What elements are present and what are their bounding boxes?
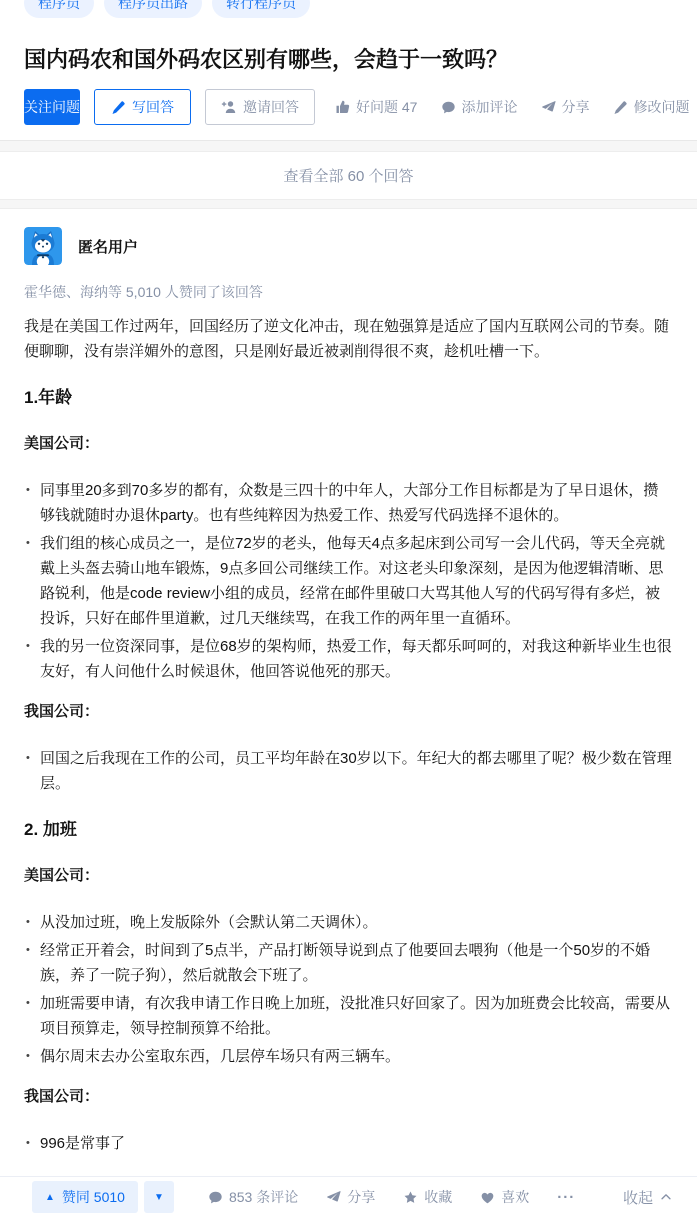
group-label: 我国公司： (24, 699, 673, 724)
answer-bullet: 从没加过班，晚上发版除外（会默认第二天调休）。 (24, 910, 673, 935)
anonymous-avatar[interactable] (24, 227, 62, 265)
favorite-label: 收藏 (424, 1187, 452, 1207)
comment-icon (208, 1190, 223, 1205)
down-triangle-icon: ▼ (154, 1192, 164, 1203)
star-icon (403, 1190, 418, 1205)
group-label: 美国公司： (24, 863, 673, 888)
answer-intro: 我是在美国工作过两年，回国经历了逆文化冲击，现在勉强算是适应了国内互联网公司的节… (24, 314, 673, 364)
follow-question-button[interactable]: 关注问题 (24, 89, 80, 125)
author-name[interactable]: 匿名用户 (78, 236, 138, 257)
invite-answer-button[interactable]: 邀请回答 (205, 89, 315, 125)
send-icon (326, 1190, 341, 1205)
more-button[interactable]: ··· (557, 1189, 575, 1206)
view-all-answers-link[interactable]: 查看全部 60 个回答 (283, 165, 413, 186)
thumbs-up-icon (335, 99, 351, 115)
topic-tag[interactable]: 转行程序员 (212, 0, 310, 18)
bullet-list: 回国之后我现在工作的公司，员工平均年龄在30岁以下。年纪大的都去哪里了呢？极少数… (24, 746, 673, 796)
answer-bullet: 我们组的核心成员之一，是位72岁的老头，他每天4点多起床到公司写一会儿代码，等天… (24, 531, 673, 631)
edit-question-label: 修改问题 (633, 97, 689, 117)
answer-bullet: 经常正开着会，时间到了5点半，产品打断领导说到点了他要回去喂狗（他是一个50岁的… (24, 938, 673, 988)
answer-bullet: 我的另一位资深同事，是位68岁的架构师，热爱工作，每天都乐呵呵的，对我这种新毕业… (24, 634, 673, 684)
share-answer-button[interactable]: 分享 (326, 1187, 375, 1207)
bullet-list: 同事里20多到70多岁的都有，众数是三四十的中年人，大部分工作目标都是为了早日退… (24, 478, 673, 684)
pencil-icon (613, 100, 628, 115)
liu-kanshan-fox-icon (24, 227, 62, 265)
topic-tag[interactable]: 程序员出路 (104, 0, 202, 18)
chevron-up-icon (659, 1190, 673, 1204)
comments-button[interactable]: 853 条评论 (208, 1187, 298, 1207)
comment-icon (441, 100, 456, 115)
add-comment-button[interactable]: 添加评论 (441, 97, 517, 117)
share-question-button[interactable]: 分享 (541, 97, 589, 117)
upvoters-meta[interactable]: 霍华德、海纳等 5,010 人赞同了该回答 (24, 282, 673, 302)
topic-tags: 程序员 程序员出路 转行程序员 (24, 0, 673, 18)
question-title: 国内码农和国外码农区别有哪些，会趋于一致吗？ (24, 44, 673, 75)
edit-question-button[interactable]: 修改问题 (613, 97, 689, 117)
share-answer-label: 分享 (347, 1187, 375, 1207)
like-button[interactable]: 喜欢 (480, 1187, 529, 1207)
question-actions: 关注问题 写回答 邀请回答 好问题 47 (24, 89, 673, 125)
up-triangle-icon: ▲ (45, 1192, 55, 1203)
add-comment-label: 添加评论 (461, 97, 517, 117)
answer-bullet: 偶尔周末去办公室取东西，几层停车场只有两三辆车。 (24, 1044, 673, 1069)
answer-author-row: 匿名用户 (24, 227, 673, 265)
answer-body: 我是在美国工作过两年，回国经历了逆文化冲击，现在勉强算是适应了国内互联网公司的节… (24, 314, 673, 1156)
zhihu-question-page: 程序员 程序员出路 转行程序员 国内码农和国外码农区别有哪些，会趋于一致吗？ 关… (0, 0, 697, 1217)
comments-label: 853 条评论 (229, 1187, 298, 1207)
write-answer-button[interactable]: 写回答 (94, 89, 191, 125)
collapse-answer-button[interactable]: 收起 (623, 1187, 673, 1208)
group-label: 我国公司： (24, 1084, 673, 1109)
good-question-button[interactable]: 好问题 47 (335, 97, 417, 117)
bullet-list: 996是常事了 (24, 1131, 673, 1156)
like-label: 喜欢 (501, 1187, 529, 1207)
bullet-list: 从没加过班，晚上发版除外（会默认第二天调休）。 经常正开着会，时间到了5点半，产… (24, 910, 673, 1069)
answer-card: 匿名用户 霍华德、海纳等 5,010 人赞同了该回答 我是在美国工作过两年，回国… (0, 208, 697, 1177)
invite-person-icon (221, 99, 237, 115)
upvote-label: 赞同 5010 (62, 1187, 125, 1207)
answer-action-bar: ▲ 赞同 5010 ▼ 853 条评论 分享 收藏 (0, 1176, 697, 1217)
share-question-label: 分享 (561, 97, 589, 117)
group-label: 美国公司： (24, 431, 673, 456)
downvote-button[interactable]: ▼ (144, 1181, 174, 1213)
section-heading: 2. 加班 (24, 818, 673, 842)
invite-answer-label: 邀请回答 (243, 97, 299, 117)
answer-bullet: 回国之后我现在工作的公司，员工平均年龄在30岁以下。年纪大的都去哪里了呢？极少数… (24, 746, 673, 796)
answer-bullet: 同事里20多到70多岁的都有，众数是三四十的中年人，大部分工作目标都是为了早日退… (24, 478, 673, 528)
answer-bullet: 加班需要申请，有次我申请工作日晚上加班，没批准只好回家了。因为加班费会比较高，需… (24, 991, 673, 1041)
good-question-label: 好问题 47 (356, 97, 417, 117)
pencil-icon (111, 100, 126, 115)
view-all-answers-bar: 查看全部 60 个回答 (0, 151, 697, 200)
upvote-button[interactable]: ▲ 赞同 5010 (32, 1181, 138, 1213)
favorite-button[interactable]: 收藏 (403, 1187, 452, 1207)
collapse-label: 收起 (623, 1187, 653, 1208)
answer-bullet: 996是常事了 (24, 1131, 673, 1156)
topic-tag[interactable]: 程序员 (24, 0, 94, 18)
write-answer-label: 写回答 (132, 97, 174, 117)
ellipsis-icon: ··· (557, 1189, 575, 1206)
heart-icon (480, 1190, 495, 1205)
question-header: 程序员 程序员出路 转行程序员 国内码农和国外码农区别有哪些，会趋于一致吗？ 关… (0, 0, 697, 141)
send-icon (541, 100, 556, 115)
section-heading: 1.年龄 (24, 386, 673, 410)
